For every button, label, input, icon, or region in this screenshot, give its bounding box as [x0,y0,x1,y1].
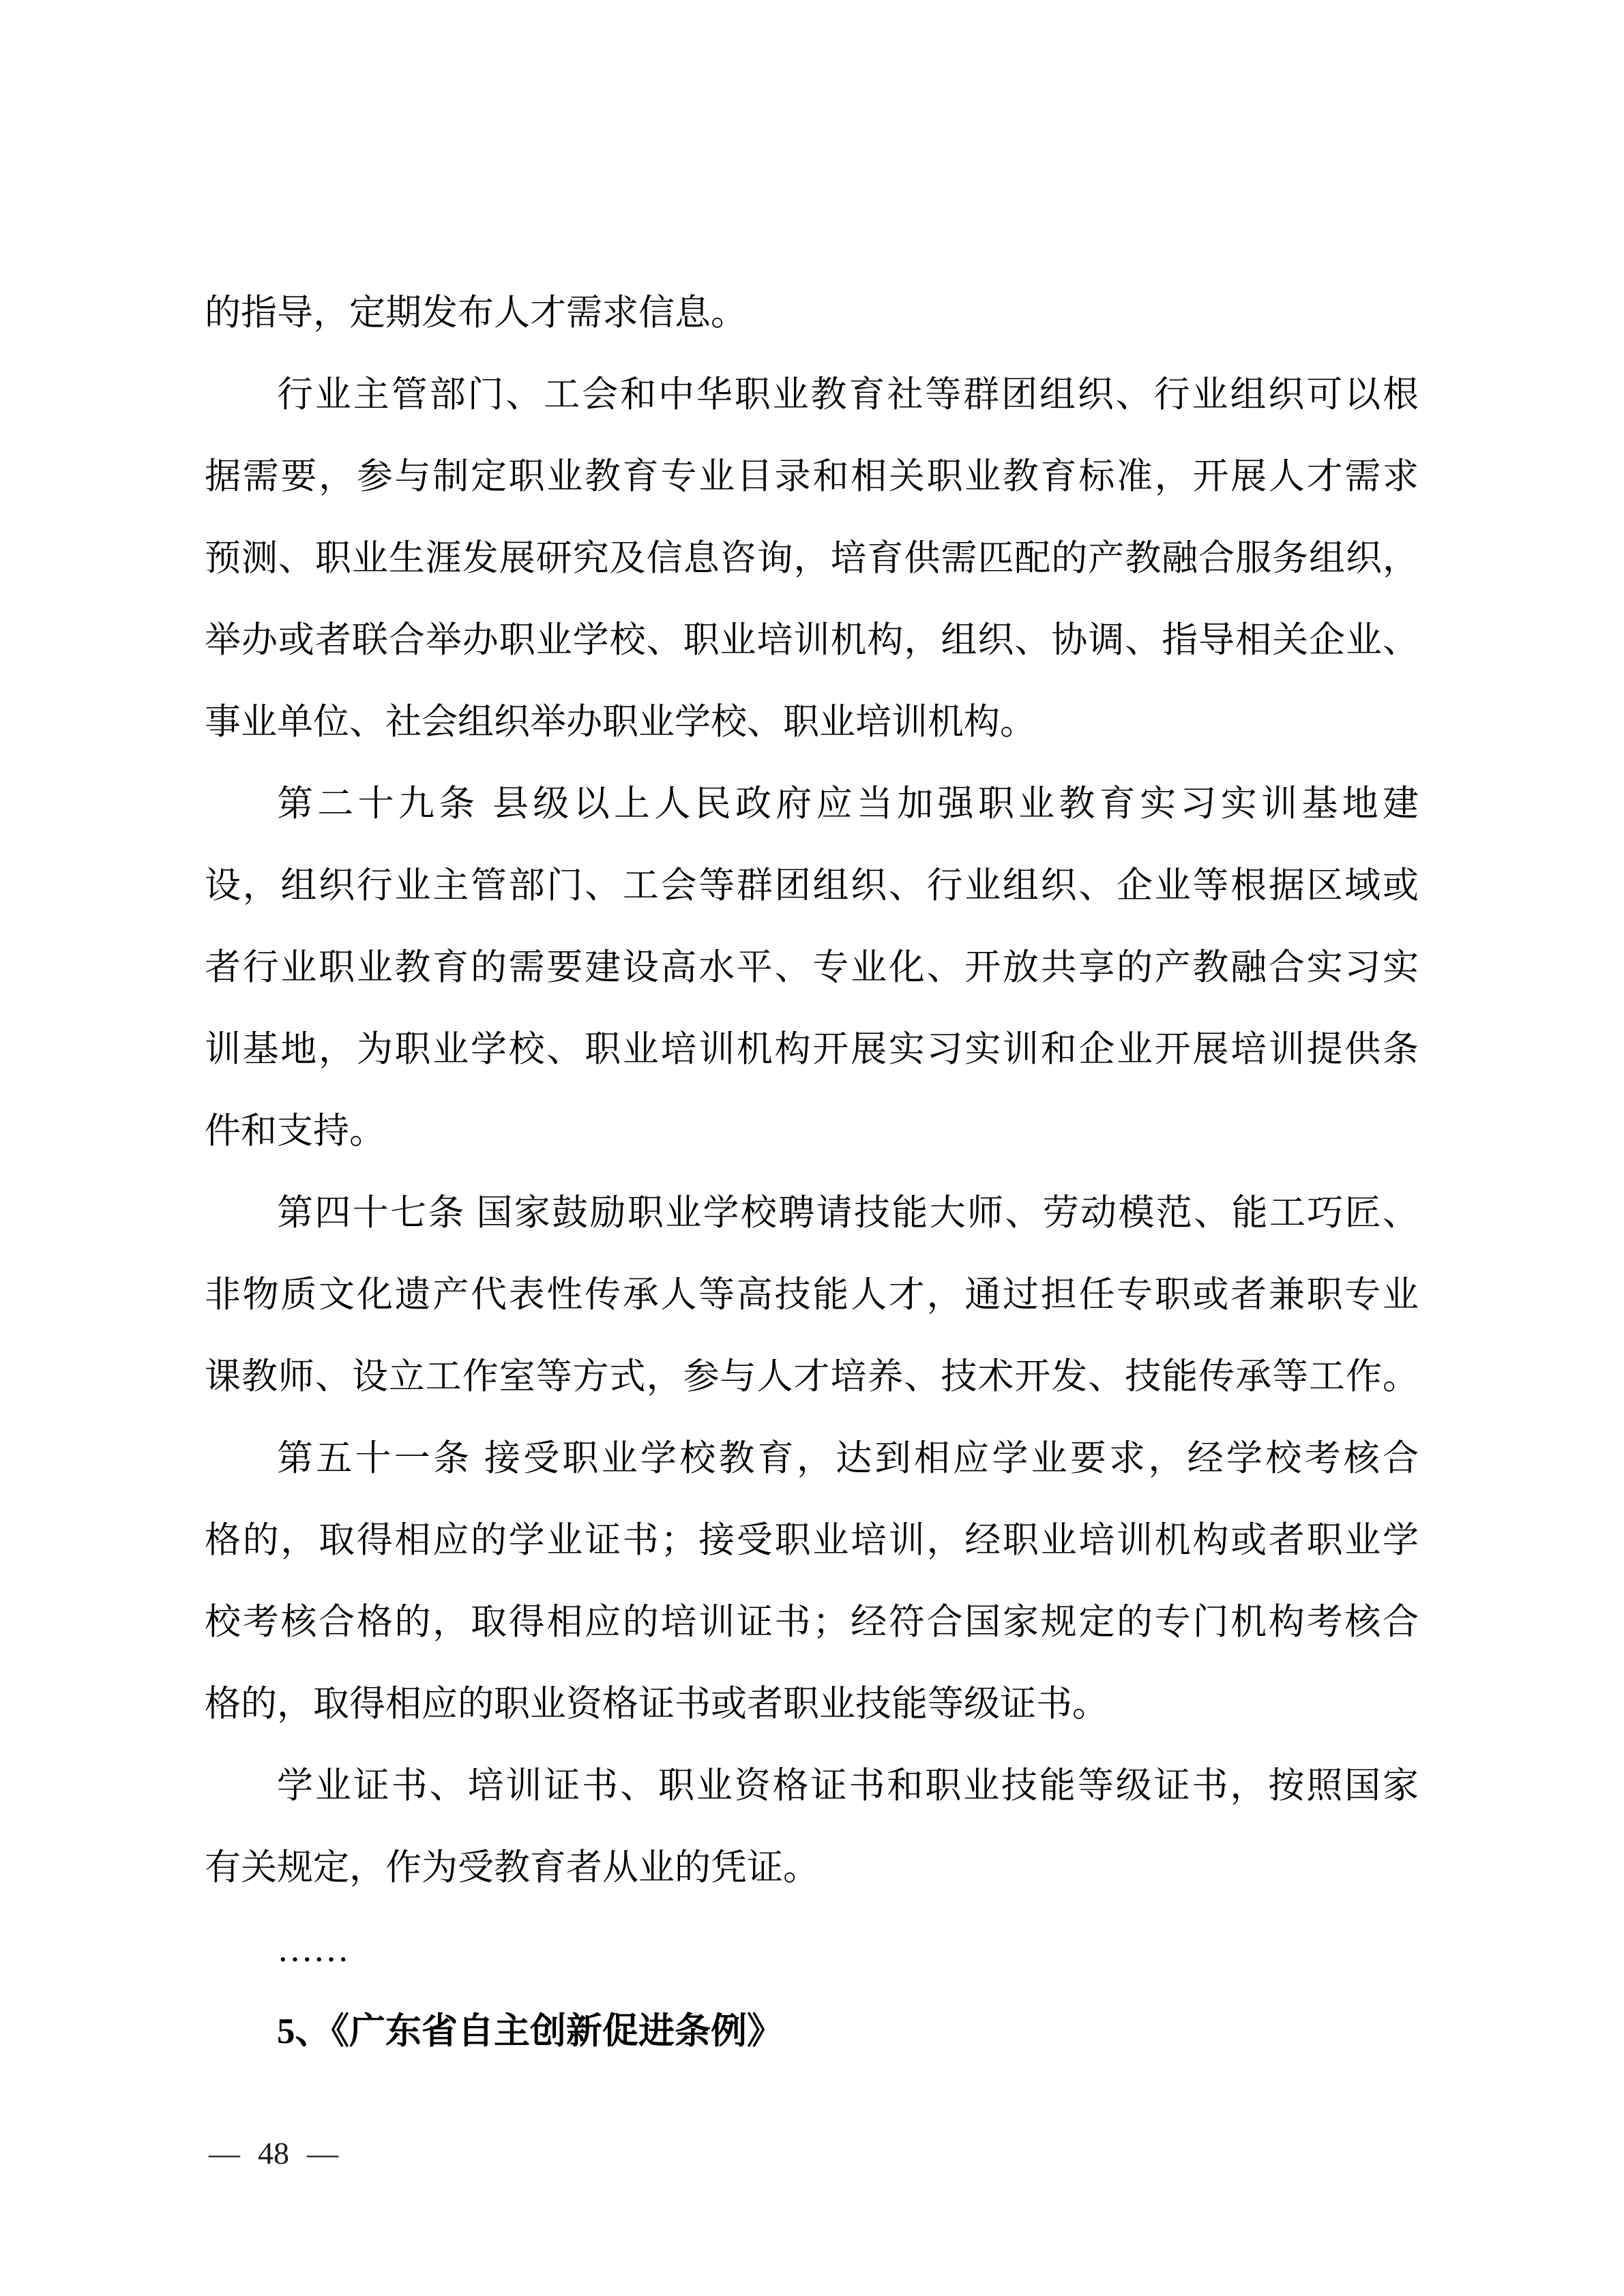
page-number: 48 [258,2136,289,2171]
document-line: 的指导，定期发布人才需求信息。 [205,272,1419,354]
document-line: 校考核合格的，取得相应的培训证书；经符合国家规定的专门机构考核合 [205,1581,1419,1663]
document-line: 据需要，参与制定职业教育专业目录和相关职业教育标准，开展人才需求 [205,436,1419,518]
document-line: 训基地，为职业学校、职业培训机构开展实习实训和企业开展培训提供条 [205,1009,1419,1090]
document-line: 第五十一条 接受职业学校教育，达到相应学业要求，经学校考核合 [205,1418,1419,1500]
document-line: 举办或者联合举办职业学校、职业培训机构，组织、协调、指导相关企业、 [205,599,1419,681]
section-heading: 5、《广东省自主创新促进条例》 [205,1991,1419,2072]
ellipsis-line: …… [205,1909,1419,1991]
document-line: 格的，取得相应的学业证书；接受职业培训，经职业培训机构或者职业学 [205,1500,1419,1581]
footer-dash-right: — [307,2136,338,2171]
document-line: 非物质文化遗产代表性传承人等高技能人才，通过担任专职或者兼职专业 [205,1254,1419,1336]
document-page: 的指导，定期发布人才需求信息。 行业主管部门、工会和中华职业教育社等群团组织、行… [0,0,1624,2296]
document-line: 件和支持。 [205,1090,1419,1172]
document-line: 预测、职业生涯发展研究及信息咨询，培育供需匹配的产教融合服务组织， [205,518,1419,599]
document-line: 事业单位、社会组织举办职业学校、职业培训机构。 [205,681,1419,763]
document-line: 有关规定，作为受教育者从业的凭证。 [205,1827,1419,1909]
document-line: 行业主管部门、工会和中华职业教育社等群团组织、行业组织可以根 [205,354,1419,436]
document-line: 设，组织行业主管部门、工会等群团组织、行业组织、企业等根据区域或 [205,845,1419,927]
document-line: 第二十九条 县级以上人民政府应当加强职业教育实习实训基地建 [205,763,1419,845]
page-footer: —48— [209,2126,338,2181]
document-line: 学业证书、培训证书、职业资格证书和职业技能等级证书，按照国家 [205,1745,1419,1827]
document-body: 的指导，定期发布人才需求信息。 行业主管部门、工会和中华职业教育社等群团组织、行… [205,272,1419,2072]
document-line: 者行业职业教育的需要建设高水平、专业化、开放共享的产教融合实习实 [205,927,1419,1009]
footer-dash-left: — [209,2136,240,2171]
document-line: 第四十七条 国家鼓励职业学校聘请技能大师、劳动模范、能工巧匠、 [205,1172,1419,1254]
document-line: 格的，取得相应的职业资格证书或者职业技能等级证书。 [205,1663,1419,1745]
document-line: 课教师、设立工作室等方式，参与人才培养、技术开发、技能传承等工作。 [205,1336,1419,1418]
